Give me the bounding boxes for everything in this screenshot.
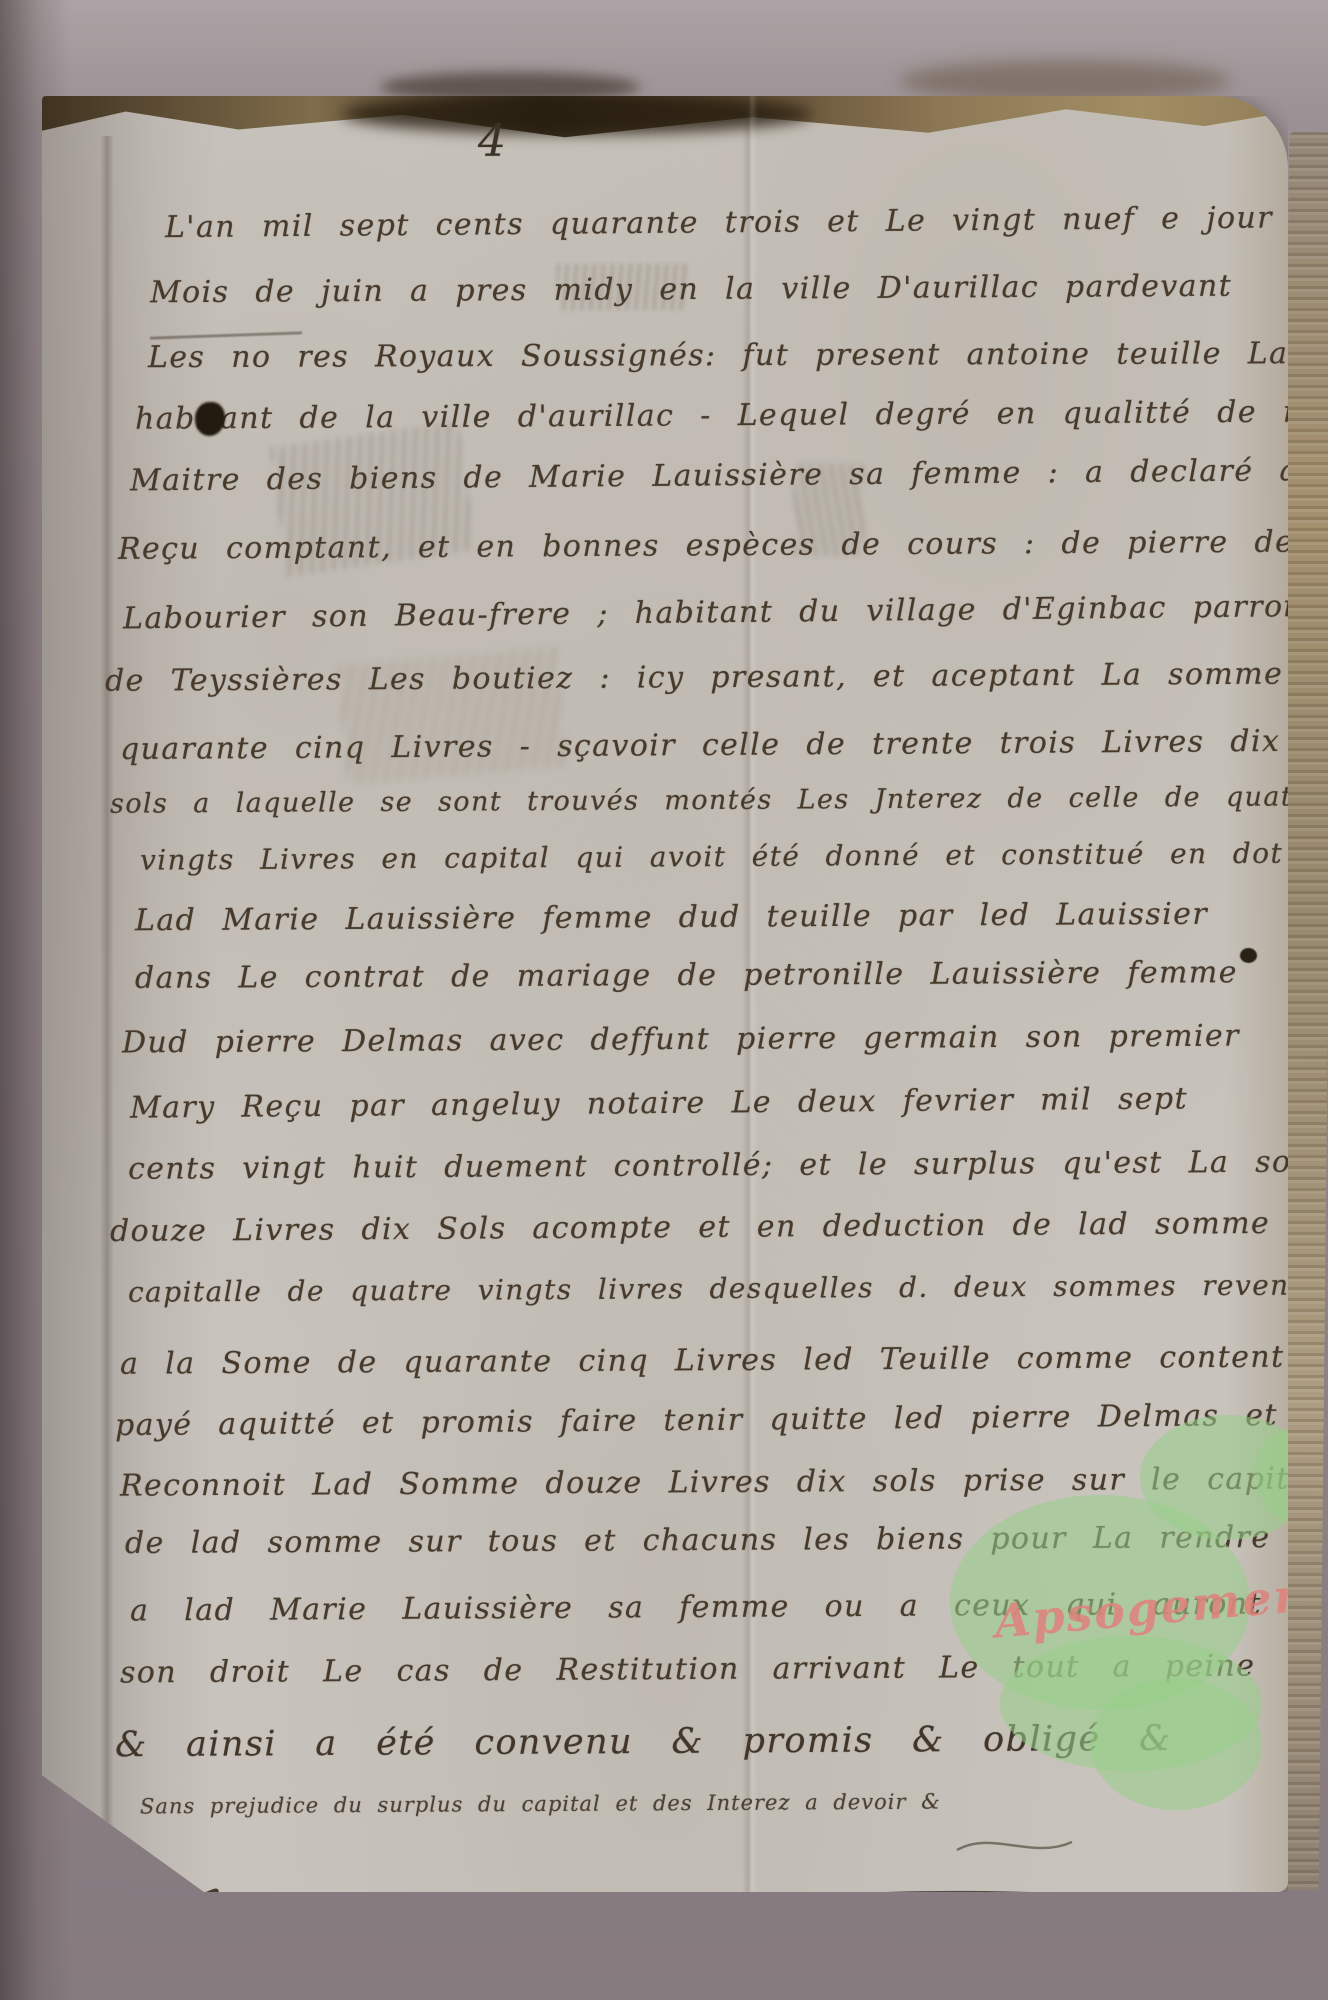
page-number: 4 [478,116,506,167]
ink-smudge [270,421,476,576]
manuscript-line: L'an mil sept cents quarante trois et Le… [165,200,1288,245]
pen-stroke [150,331,302,339]
ink-smudge [557,264,687,310]
manuscript-line: Dud pierre Delmas avec deffunt pierre ge… [122,1019,1240,1061]
ink-dot [1240,948,1257,963]
manuscript-line: sols a laquelle se sont trouvés montés L… [110,781,1288,819]
manuscript-line: de Teyssières Les boutiez : icy presant,… [105,656,1288,699]
manuscript-line: quarante cinq Livres - sçavoir celle de … [120,724,1280,767]
ink-smudge [794,464,864,556]
left-crease [100,136,114,1836]
manuscript-line: Lad Marie Lauissière femme dud teuille p… [135,897,1208,939]
manuscript-line: Mois de juin a pres midy en la ville D'a… [150,269,1232,311]
manuscript-line: dans Le contrat de mariage de petronille… [135,955,1238,996]
manuscript-line: a la Some de quarante cinq Livres led Te… [120,1339,1288,1381]
manuscript-line: payé aquitté et promis faire tenir quitt… [115,1398,1278,1443]
ink-smudge [337,647,567,786]
flourish-rule-line [112,1790,1242,1892]
manuscript-line: habitant de la ville d'aurillac - Lequel… [135,394,1288,437]
manuscript-line: douze Livres dix Sols acompte et en dedu… [110,1206,1270,1249]
manuscript-line: cents vingt huit duement controllé; et l… [128,1144,1288,1187]
photo-backdrop: 4 L'an mil sept cents quarante trois et … [0,0,1328,2000]
manuscript-page: 4 L'an mil sept cents quarante trois et … [42,96,1288,1892]
manuscript-line: capitalle de quatre vingts livres desque… [128,1268,1288,1308]
backdrop-smudge [900,60,1230,102]
manuscript-line: Mary Reçu par angeluy notaire Le deux fe… [130,1081,1188,1125]
manuscript-line: Labourier son Beau-frere ; habitant du v… [123,589,1288,637]
manuscript-line: Les no res Royaux Soussignés: fut presen… [148,336,1288,375]
manuscript-line: vingts Livres en capital qui avoit été d… [140,836,1288,876]
